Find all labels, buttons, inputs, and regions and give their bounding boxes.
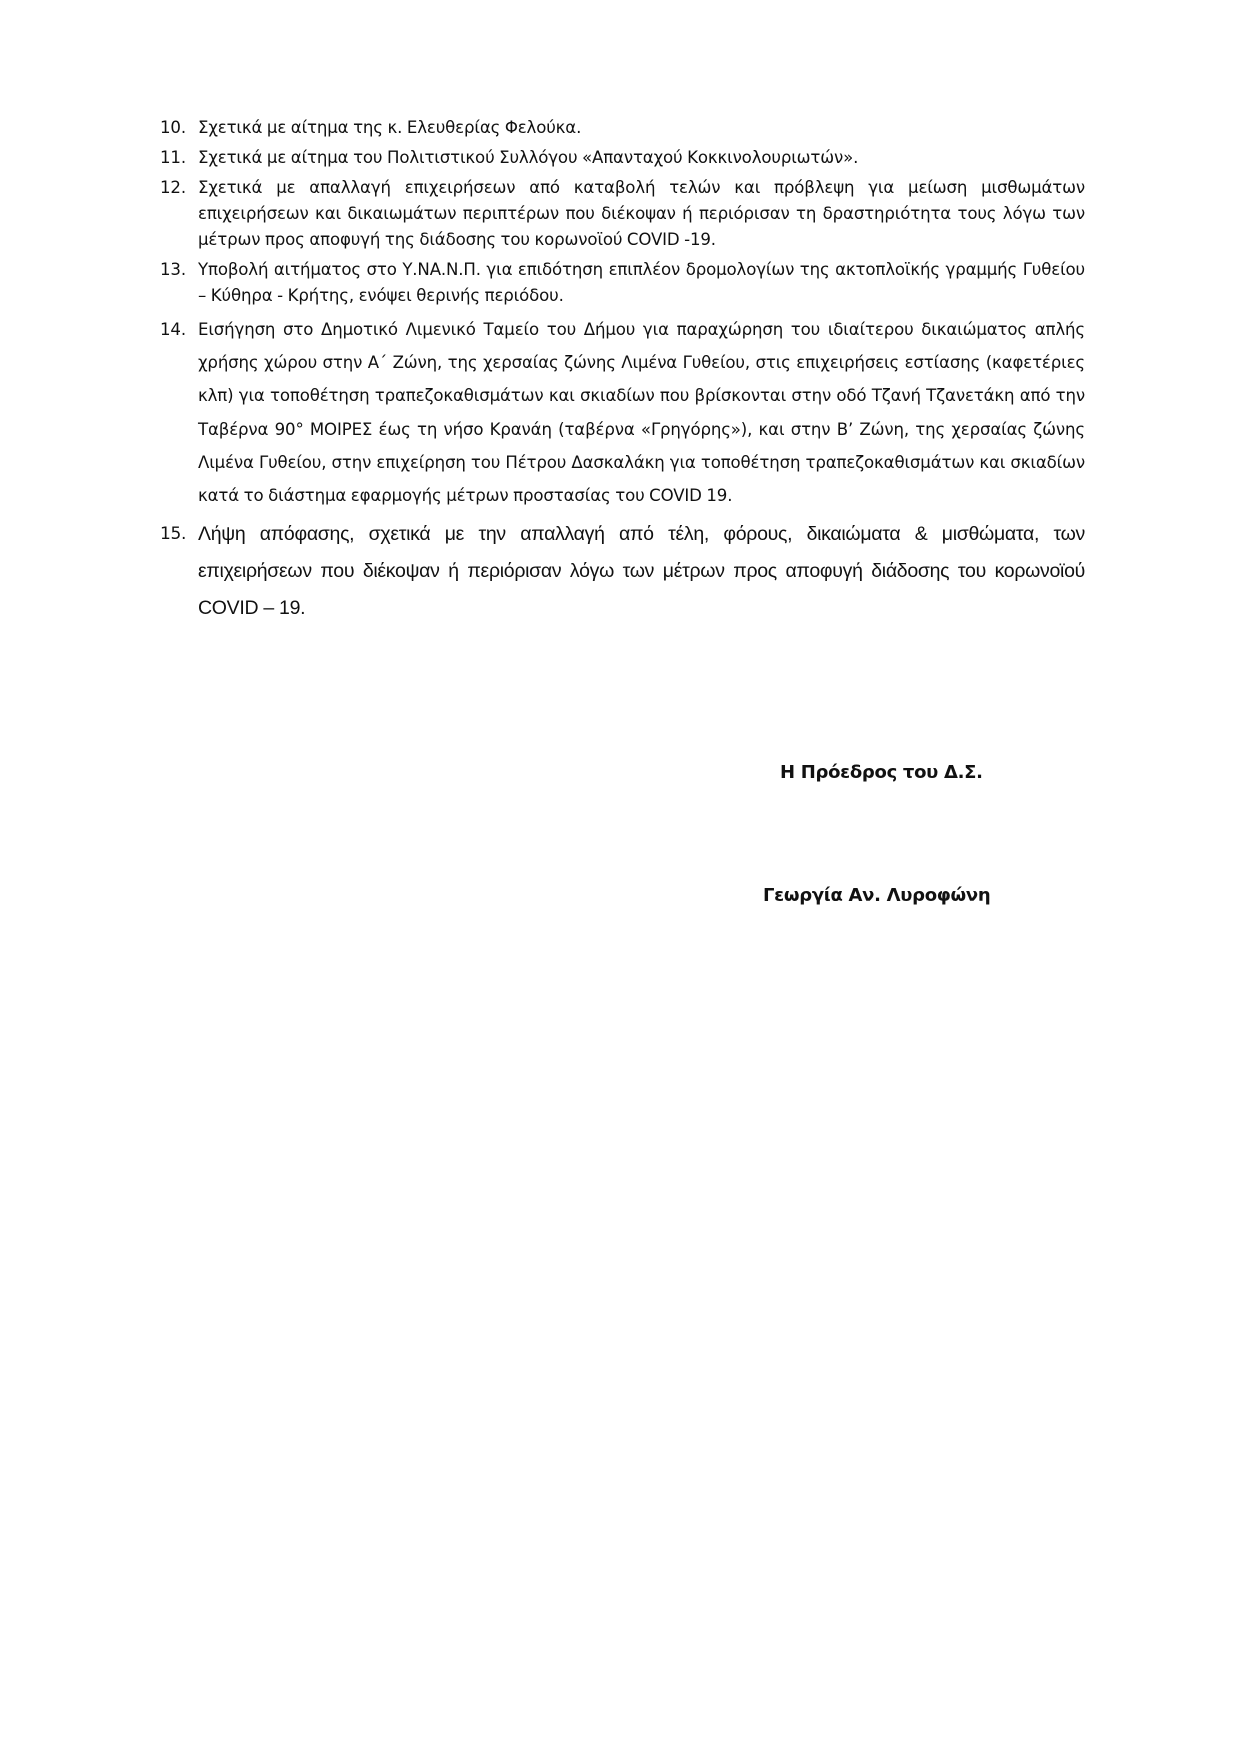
agenda-item-13: 13. Υποβολή αιτήματος στο Υ.ΝΑ.Ν.Π. για … [160,257,1085,309]
document-page: 10. Σχετικά με αίτημα της κ. Ελευθερίας … [0,0,1240,1754]
agenda-item-number: 11. [160,145,186,171]
agenda-item-text: Σχετικά με απαλλαγή επιχειρήσεων από κατ… [198,178,1085,249]
agenda-item-10: 10. Σχετικά με αίτημα της κ. Ελευθερίας … [160,115,1085,141]
agenda-item-14: 14. Εισήγηση στο Δημοτικό Λιμενικό Ταμεί… [160,313,1085,512]
agenda-item-number: 12. [160,175,186,201]
agenda-item-12: 12. Σχετικά με απαλλαγή επιχειρήσεων από… [160,175,1085,253]
agenda-item-text: Υποβολή αιτήματος στο Υ.ΝΑ.Ν.Π. για επιδ… [198,260,1085,305]
agenda-item-15: 15. Λήψη απόφασης, σχετικά με την απαλλα… [160,516,1085,627]
agenda-item-number: 10. [160,115,186,141]
signature-name: Γεωργία Αν. Λυροφώνη [763,885,990,906]
agenda-item-text: Λήψη απόφασης, σχετικά με την απαλλαγή α… [198,523,1085,619]
agenda-item-number: 14. [160,313,186,346]
agenda-item-number: 15. [160,516,186,553]
signature-title: Η Πρόεδρος του Δ.Σ. [780,762,983,783]
agenda-item-number: 13. [160,257,186,283]
agenda-item-text: Εισήγηση στο Δημοτικό Λιμενικό Ταμείο το… [198,320,1085,505]
agenda-item-text: Σχετικά με αίτημα του Πολιτιστικού Συλλό… [198,148,858,167]
agenda-item-11: 11. Σχετικά με αίτημα του Πολιτιστικού Σ… [160,145,1085,171]
agenda-list: 10. Σχετικά με αίτημα της κ. Ελευθερίας … [160,115,1085,631]
agenda-item-text: Σχετικά με αίτημα της κ. Ελευθερίας Φελο… [198,118,581,137]
